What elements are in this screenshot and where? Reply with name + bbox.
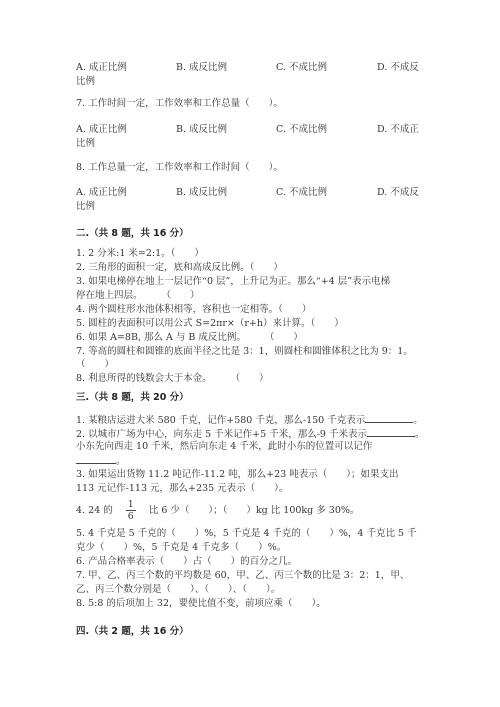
s3-item-3: 3. 如果运出货物 11.2 吨记作-11.2 吨，那么+23 吨表示（ ）；如… <box>76 468 398 482</box>
s2-item-3-cont: 停在地上四层。 （ ） <box>76 289 200 303</box>
s2-item-3: 3. 如果电梯停在地上一层记作“0 层”，上升记为正。那么“+4 层”表示电梯 <box>76 275 390 289</box>
s3-item-7: 7. 甲、乙、丙三个数的平均数是 60，甲、乙、丙三个数的比是 3：2：1，甲、 <box>76 569 409 583</box>
option-a: A. 成正比例 <box>76 123 127 137</box>
s2-item-5: 5. 圆柱的表面积可以用公式 S=2πr×（r+h）来计算。（ ） <box>76 317 344 331</box>
q8-options: A. 成正比例 B. 成反比例 C. 不成比例 D. 不成反 比例 <box>76 186 436 214</box>
answer-blank[interactable] <box>367 426 415 437</box>
s2-item-7-cont: （ ） <box>76 358 114 372</box>
fraction-one-sixth: 1 6 <box>126 499 136 522</box>
option-c: C. 不成比例 <box>276 61 327 75</box>
s2-item-6: 6. 如果 A=8B, 那么 A 与 B 成反比例。 （ ） <box>76 331 303 345</box>
s3-item-5: 5. 4 千克是 5 千克的（ ）%，5 千克是 4 千克的（ ）%，4 千克比… <box>76 527 417 541</box>
section-2-title: 二.（共 8 题，共 16 分） <box>76 227 189 241</box>
section-4-title: 四.（共 2 题，共 16 分） <box>76 625 189 639</box>
s2-item-8: 8. 利息所得的钱数会大于本金。 （ ） <box>76 372 269 386</box>
option-d-wrap: 比例 <box>76 137 95 151</box>
s2-item-2: 2. 三角形的面积一定，底和高成反比例。（ ） <box>76 261 283 275</box>
s2-item-4: 4. 两个圆柱形水池体积相等，容积也一定相等。（ ） <box>76 303 311 317</box>
answer-blank[interactable] <box>76 453 116 464</box>
option-b: B. 成反比例 <box>176 61 227 75</box>
option-c: C. 不成比例 <box>276 123 327 137</box>
s2-item-1: 1. 2 分米:1 米=2:1。（ ） <box>76 247 204 261</box>
question-8: 8. 工作总量一定，工作效率和工作时间（ ）。 <box>76 161 283 175</box>
s3-item-4: 4. 24 的 1 6 比 6 少（ ）；（ ）kg 比 100kg 多 30%… <box>76 497 359 525</box>
option-d-wrap: 比例 <box>76 200 95 214</box>
option-a: A. 成正比例 <box>76 186 127 200</box>
s3-item-2-blank: 。 <box>76 453 126 469</box>
answer-blank[interactable] <box>365 412 413 423</box>
option-b: B. 成反比例 <box>176 123 227 137</box>
s3-item-2-cont: 小东先向西走 10 千米，然后向东走 4 千米，此时小东的位置可以记作 <box>76 440 372 454</box>
option-d-wrap: 比例 <box>76 75 95 89</box>
s3-item-8: 8. 5:8 的后项加上 32，要使比值不变，前项应乘（ ）。 <box>76 597 326 611</box>
s3-item-5-cont: 克少（ ）%，5 千克是 4 千克多（ ）%。 <box>76 541 286 555</box>
s3-item-3-cont: 113 元记作-113 元，那么+235 元表示（ ）。 <box>76 482 288 496</box>
option-a: A. 成正比例 <box>76 61 127 75</box>
s3-item-6: 6. 产品合格率表示（ ）占（ ）的百分之几。 <box>76 555 297 569</box>
s2-item-7: 7. 等高的圆柱和圆锥的底面半径之比是 3：1，则圆柱和圆锥体积之比为 9：1。 <box>76 345 413 359</box>
s3-item-7-cont: 乙、丙三个数分别是（ ）、（ ）、（ ）。 <box>76 583 280 597</box>
option-d: D. 不成正 <box>377 123 419 137</box>
option-d: D. 不成反 <box>377 186 419 200</box>
section-3-title: 三.（共 8 题，共 20 分） <box>76 391 189 405</box>
q7-options: A. 成正比例 B. 成反比例 C. 不成比例 D. 不成正 比例 <box>76 123 436 151</box>
q6-options: A. 成正比例 B. 成反比例 C. 不成比例 D. 不成反 比例 <box>76 61 436 89</box>
option-b: B. 成反比例 <box>176 186 227 200</box>
option-c: C. 不成比例 <box>276 186 327 200</box>
question-7: 7. 工作时间一定，工作效率和工作总量（ ）。 <box>76 97 283 111</box>
option-d: D. 不成反 <box>377 61 419 75</box>
